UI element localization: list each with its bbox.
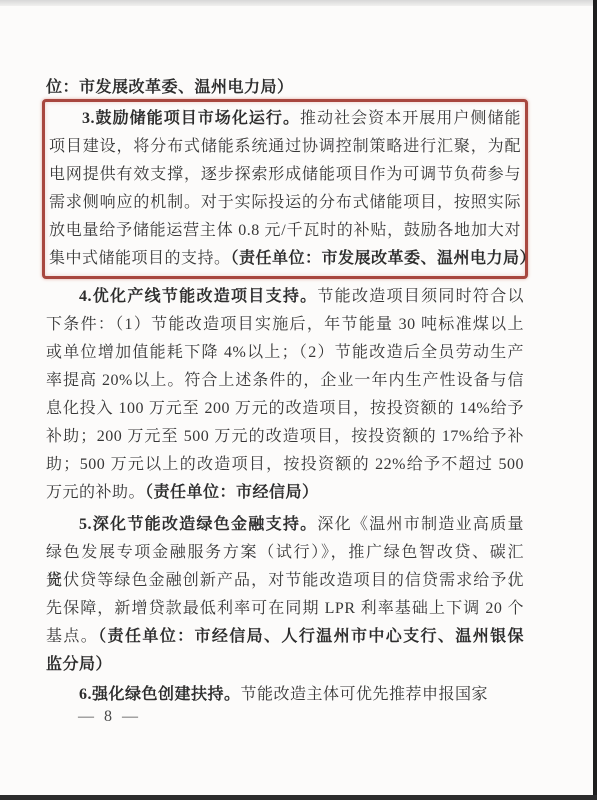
bold-text-segment: 6.强化绿色创建扶持。	[79, 686, 241, 703]
text-line: 基点。（责任单位：市经信局、人行温州市中心支行、温州银保	[46, 623, 524, 651]
text-segment: 放电量给予储能运营主体 0.8 元/千瓦时的补贴，鼓励各地加大对	[49, 222, 521, 239]
scan-edge-top	[0, 0, 597, 6]
page-number: — 8 —	[78, 708, 141, 726]
text-line: 3.鼓励储能项目市场化运行。推动社会资本开展用户侧储能	[49, 105, 521, 133]
text-line: 需求侧响应的机制。对于实际投运的分布式储能项目，按照实际	[49, 189, 521, 217]
text-line: 万元的补助。（责任单位：市经信局）	[46, 479, 524, 507]
item-4-production-line-retrofit-paragraph: 4.优化产线节能改造项目支持。节能改造项目须同时符合以下条件：（1）节能改造项目…	[46, 283, 524, 507]
text-segment: 推动社会资本开展用户侧储能	[300, 110, 521, 127]
text-segment: 需求侧响应的机制。对于实际投运的分布式储能项目，按照实际	[49, 194, 521, 211]
text-segment: 节能改造主体可优先推荐申报国家	[241, 686, 489, 703]
text-segment: 基点。	[46, 628, 98, 645]
item-6-green-creation-paragraph: 6.强化绿色创建扶持。节能改造主体可优先推荐申报国家	[46, 681, 524, 709]
document-text-body: 位：市发展改革委、温州电力局）3.鼓励储能项目市场化运行。推动社会资本开展用户侧…	[46, 74, 524, 709]
text-line: 监分局）	[46, 651, 524, 679]
text-line: 5.深化节能改造绿色金融支持。深化《温州市制造业高质量	[46, 511, 524, 539]
text-segment: 下条件：（1）节能改造项目实施后，年节能量 30 吨标准煤以上	[46, 316, 524, 333]
text-segment: 率提高 20%以上。符合上述条件的，企业一年内生产性设备与信	[46, 372, 524, 389]
text-line: 电网提供有效支撑，逐步探索形成储能项目作为可调节负荷参与	[49, 161, 521, 189]
scan-edge-bottom	[0, 795, 597, 800]
text-segment: 或单位增加值能耗下降 4%以上；（2）节能改造后全员劳动生产	[46, 344, 524, 361]
highlight-annotation-box: 3.鼓励储能项目市场化运行。推动社会资本开展用户侧储能项目建设，将分布式储能系统…	[42, 99, 528, 279]
text-line: 先保障，新增贷款最低利率可在同期 LPR 利率基础上下调 20 个	[46, 595, 524, 623]
text-line: 集中式储能项目的支持。（责任单位：市发展改革委、温州电力局）	[49, 245, 521, 273]
text-segment: 助；500 万元以上的改造项目，按投资额的 22%给予不超过 500	[46, 456, 524, 473]
scan-edge-right	[593, 0, 597, 800]
text-line: 息化投入 100 万元至 200 万元的改造项目，按投资额的 14%给予	[46, 395, 524, 423]
text-segment: 电网提供有效支撑，逐步探索形成储能项目作为可调节负荷参与	[49, 166, 521, 183]
text-line: 位：市发展改革委、温州电力局）	[46, 74, 524, 102]
responsible-unit-continuation-line: 位：市发展改革委、温州电力局）	[46, 74, 524, 102]
bold-text-segment: 5.深化节能改造绿色金融支持。	[79, 516, 317, 533]
document-page: 位：市发展改革委、温州电力局）3.鼓励储能项目市场化运行。推动社会资本开展用户侧…	[0, 0, 597, 800]
text-segment: 深化《温州市制造业高质量	[317, 516, 524, 533]
text-line: 放电量给予储能运营主体 0.8 元/千瓦时的补贴，鼓励各地加大对	[49, 217, 521, 245]
text-line: 补助；200 万元至 500 万元的改造项目，按投资额的 17%给予补	[46, 423, 524, 451]
text-segment: 节能改造项目须同时符合以	[317, 288, 524, 305]
text-line: 助；500 万元以上的改造项目，按投资额的 22%给予不超过 500	[46, 451, 524, 479]
text-line: 绿色发展专项金融服务方案（试行）》，推广绿色智改贷、碳汇贷、	[46, 539, 524, 567]
text-segment: 补助；200 万元至 500 万元的改造项目，按投资额的 17%给予补	[46, 428, 524, 445]
text-segment: 先保障，新增贷款最低利率可在同期 LPR 利率基础上下调 20 个	[46, 600, 524, 617]
bold-text-segment: 监分局）	[46, 656, 112, 673]
bold-text-segment: 位：市发展改革委、温州电力局）	[46, 79, 294, 96]
text-line: 6.强化绿色创建扶持。节能改造主体可优先推荐申报国家	[46, 681, 524, 709]
text-line: 4.优化产线节能改造项目支持。节能改造项目须同时符合以	[46, 283, 524, 311]
text-segment: 息化投入 100 万元至 200 万元的改造项目，按投资额的 14%给予	[46, 400, 524, 417]
text-segment: 集中式储能项目的支持。	[49, 250, 231, 267]
text-segment: 光伏贷等绿色金融创新产品，对节能改造项目的信贷需求给予优	[46, 572, 524, 589]
text-line: 下条件：（1）节能改造项目实施后，年节能量 30 吨标准煤以上	[46, 311, 524, 339]
text-line: 率提高 20%以上。符合上述条件的，企业一年内生产性设备与信	[46, 367, 524, 395]
text-line: 项目建设，将分布式储能系统通过协调控制策略进行汇聚，为配	[49, 133, 521, 161]
bold-text-segment: （责任单位：市经信局）	[145, 484, 319, 501]
bold-text-segment: （责任单位：市发展改革委、温州电力局）	[231, 250, 537, 267]
bold-text-segment: 4.优化产线节能改造项目支持。	[79, 288, 317, 305]
bold-text-segment: 3.鼓励储能项目市场化运行。	[82, 110, 300, 127]
text-line: 光伏贷等绿色金融创新产品，对节能改造项目的信贷需求给予优	[46, 567, 524, 595]
item-5-green-finance-paragraph: 5.深化节能改造绿色金融支持。深化《温州市制造业高质量绿色发展专项金融服务方案（…	[46, 511, 524, 679]
text-segment: 项目建设，将分布式储能系统通过协调控制策略进行汇聚，为配	[49, 138, 521, 155]
bold-text-segment: （责任单位：市经信局、人行温州市中心支行、温州银保	[98, 628, 524, 645]
text-line: 或单位增加值能耗下降 4%以上；（2）节能改造后全员劳动生产	[46, 339, 524, 367]
text-segment: 万元的补助。	[46, 484, 145, 501]
